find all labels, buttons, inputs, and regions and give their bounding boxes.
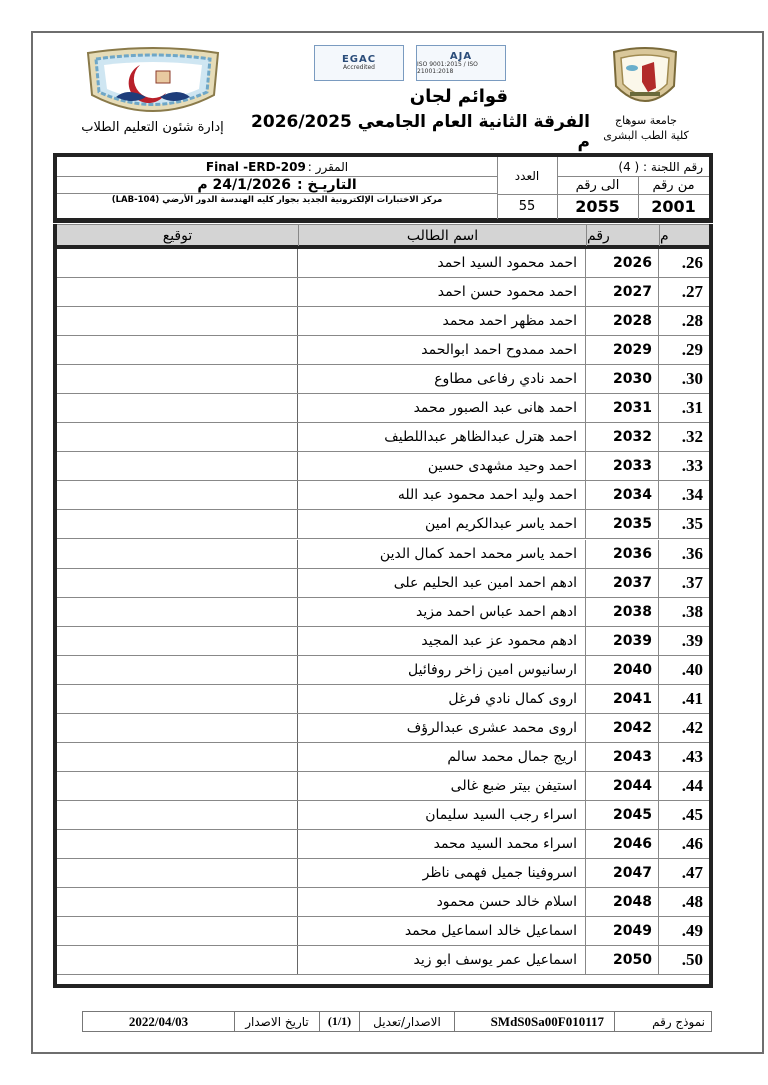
student-name: احمد وليد احمد محمود عبد الله — [298, 481, 586, 509]
student-name: اريج جمال محمد سالم — [298, 743, 586, 771]
university-crest-icon — [608, 46, 682, 114]
shield-emblem-icon — [78, 47, 228, 119]
signature-cell[interactable] — [57, 685, 298, 713]
student-id: 2045 — [586, 801, 659, 829]
student-id: 2048 — [586, 888, 659, 916]
student-name: اسراء رجب السيد سليمان — [298, 801, 586, 829]
row-number: .47 — [659, 859, 709, 887]
student-name: ادهم احمد عباس احمد مزيد — [298, 598, 586, 626]
student-id: 2042 — [586, 714, 659, 742]
student-name: ارسانيوس امين زاخر روفائيل — [298, 656, 586, 684]
student-name: اسماعيل عمر يوسف ابو زيد — [298, 946, 586, 974]
issue-date-label: تاريخ الاصدار — [234, 1012, 319, 1031]
table-row: احمد مظهر احمد محمد2028.28 — [57, 307, 709, 336]
row-number: .30 — [659, 365, 709, 393]
row-number: .28 — [659, 307, 709, 335]
table-row: اسماعيل خالد اسماعيل محمد2049.49 — [57, 917, 709, 946]
student-name: احمد محمود حسن احمد — [298, 278, 586, 306]
table-row: اسراء رجب السيد سليمان2045.45 — [57, 801, 709, 830]
signature-cell[interactable] — [57, 307, 298, 335]
university-label: جامعة سوهاج كلية الطب البشرى — [598, 114, 694, 144]
student-name: اروى كمال نادي فرغل — [298, 685, 586, 713]
row-number: .26 — [659, 249, 709, 277]
signature-cell[interactable] — [57, 540, 298, 568]
table-row: اسراء محمد السيد محمد2046.46 — [57, 830, 709, 859]
student-name: احمد ياسر محمد احمد كمال الدين — [298, 540, 586, 568]
student-id: 2040 — [586, 656, 659, 684]
student-id: 2047 — [586, 859, 659, 887]
page-subtitle: الفرقة الثانية العام الجامعي 2026/2025 م — [250, 112, 590, 152]
signature-cell[interactable] — [57, 365, 298, 393]
table-row: احمد محمود حسن احمد2027.27 — [57, 278, 709, 307]
table-row: اروى كمال نادي فرغل2041.41 — [57, 685, 709, 714]
row-number: .41 — [659, 685, 709, 713]
students-table: توقيع اسم الطالب رقم م احمد محمود السيد … — [53, 224, 713, 988]
signature-cell[interactable] — [57, 888, 298, 916]
to-value: 2055 — [557, 194, 638, 219]
from-label: من رقم — [638, 176, 709, 194]
student-affairs-logo — [70, 45, 235, 120]
student-id: 2033 — [586, 452, 659, 480]
student-id: 2035 — [586, 510, 659, 538]
header-number: م — [659, 225, 709, 246]
row-number: .44 — [659, 772, 709, 800]
signature-cell[interactable] — [57, 423, 298, 451]
row-number: .46 — [659, 830, 709, 858]
table-header: توقيع اسم الطالب رقم م — [57, 224, 709, 249]
row-number: .29 — [659, 336, 709, 364]
to-label: الى رقم — [557, 176, 638, 194]
student-id: 2032 — [586, 423, 659, 451]
egac-accreditation-logo: EGAC Accredited — [314, 45, 404, 81]
revision-label: الاصدار/تعديل — [359, 1012, 454, 1031]
table-row: اسروفينا جميل فهمى ناظر2047.47 — [57, 859, 709, 888]
student-id: 2049 — [586, 917, 659, 945]
student-name: احمد نادي رفاعى مطاوع — [298, 365, 586, 393]
row-number: .49 — [659, 917, 709, 945]
student-name: اسروفينا جميل فهمى ناظر — [298, 859, 586, 887]
location-field: مركز الاختبارات الإلكترونية الجديد بجوار… — [57, 193, 497, 207]
signature-cell[interactable] — [57, 656, 298, 684]
student-id: 2046 — [586, 830, 659, 858]
signature-cell[interactable] — [57, 452, 298, 480]
table-row: استيفن بيتر ضبع غالى2044.44 — [57, 772, 709, 801]
student-name: احمد هانى عبد الصبور محمد — [298, 394, 586, 422]
table-row: اسماعيل عمر يوسف ابو زيد2050.50 — [57, 946, 709, 975]
signature-cell[interactable] — [57, 743, 298, 771]
form-number-label: نموذج رقم — [614, 1012, 711, 1031]
signature-cell[interactable] — [57, 801, 298, 829]
table-row: احمد ممدوح احمد ابوالحمد2029.29 — [57, 336, 709, 365]
table-row: ارسانيوس امين زاخر روفائيل2040.40 — [57, 656, 709, 685]
count-value: 55 — [497, 194, 557, 219]
row-number: .35 — [659, 510, 709, 538]
course-field: المقرر : Final -ERD-209 — [57, 157, 497, 176]
table-row: اسلام خالد حسن محمود2048.48 — [57, 888, 709, 917]
student-id: 2031 — [586, 394, 659, 422]
table-row: احمد وحيد مشهدى حسين2033.33 — [57, 452, 709, 481]
row-number: .34 — [659, 481, 709, 509]
student-id: 2037 — [586, 569, 659, 597]
row-number: .50 — [659, 946, 709, 974]
header-signature: توقيع — [57, 225, 298, 246]
student-id: 2041 — [586, 685, 659, 713]
table-row: ادهم احمد امين عبد الحليم على2037.37 — [57, 569, 709, 598]
signature-cell[interactable] — [57, 627, 298, 655]
table-row: احمد محمود السيد احمد2026.26 — [57, 249, 709, 278]
row-number: .31 — [659, 394, 709, 422]
signature-cell[interactable] — [57, 569, 298, 597]
student-id: 2036 — [586, 540, 659, 568]
row-number: .32 — [659, 423, 709, 451]
table-row: احمد ياسر عبدالكريم امين2035.35 — [57, 510, 709, 539]
student-name: احمد مظهر احمد محمد — [298, 307, 586, 335]
from-value: 2001 — [638, 194, 709, 219]
student-name: اسراء محمد السيد محمد — [298, 830, 586, 858]
student-name: ادهم محمود عز عبد المجيد — [298, 627, 586, 655]
table-row: ادهم احمد عباس احمد مزيد2038.38 — [57, 598, 709, 627]
student-id: 2028 — [586, 307, 659, 335]
row-number: .38 — [659, 598, 709, 626]
signature-cell[interactable] — [57, 394, 298, 422]
row-number: .43 — [659, 743, 709, 771]
form-number-value: SMdS0Sa00F010117 — [454, 1012, 614, 1031]
committee-number: رقم اللجنة : ( 4) — [557, 157, 709, 176]
signature-cell[interactable] — [57, 859, 298, 887]
student-name: استيفن بيتر ضبع غالى — [298, 772, 586, 800]
revision-value: (1/1) — [319, 1012, 359, 1031]
signature-cell[interactable] — [57, 510, 298, 538]
university-logo — [605, 45, 685, 115]
row-number: .39 — [659, 627, 709, 655]
row-number: .40 — [659, 656, 709, 684]
student-name: احمد هترل عبدالظاهر عبداللطيف — [298, 423, 586, 451]
student-name: اروى محمد عشرى عبدالرؤف — [298, 714, 586, 742]
row-number: .33 — [659, 452, 709, 480]
student-name: احمد ياسر عبدالكريم امين — [298, 510, 586, 538]
student-name: احمد وحيد مشهدى حسين — [298, 452, 586, 480]
signature-cell[interactable] — [57, 714, 298, 742]
signature-cell[interactable] — [57, 772, 298, 800]
row-number: .48 — [659, 888, 709, 916]
student-name: احمد ممدوح احمد ابوالحمد — [298, 336, 586, 364]
student-id: 2044 — [586, 772, 659, 800]
certification-logos: EGAC Accredited AJA ISO 9001:2015 / ISO … — [305, 45, 515, 81]
student-id: 2050 — [586, 946, 659, 974]
signature-cell[interactable] — [57, 336, 298, 364]
signature-cell[interactable] — [57, 481, 298, 509]
student-id: 2029 — [586, 336, 659, 364]
row-number: .37 — [659, 569, 709, 597]
table-row: احمد ياسر محمد احمد كمال الدين2036.36 — [57, 540, 709, 569]
signature-cell[interactable] — [57, 917, 298, 945]
student-name: احمد محمود السيد احمد — [298, 249, 586, 277]
page-title: قوائم لجان — [310, 86, 510, 107]
signature-cell[interactable] — [57, 278, 298, 306]
student-id: 2043 — [586, 743, 659, 771]
issue-date-value: 2022/04/03 — [83, 1012, 234, 1031]
student-name: اسماعيل خالد اسماعيل محمد — [298, 917, 586, 945]
student-id: 2026 — [586, 249, 659, 277]
signature-cell[interactable] — [57, 830, 298, 858]
student-id: 2034 — [586, 481, 659, 509]
student-name: اسلام خالد حسن محمود — [298, 888, 586, 916]
department-label: إدارة شئون التعليم الطلاب — [70, 120, 235, 135]
date-field: التاريـخ : 24/1/2026 م — [57, 176, 497, 193]
row-number: .27 — [659, 278, 709, 306]
table-row: احمد وليد احمد محمود عبد الله2034.34 — [57, 481, 709, 510]
signature-cell[interactable] — [57, 946, 298, 974]
header-student-name: اسم الطالب — [298, 225, 586, 246]
table-row: احمد نادي رفاعى مطاوع2030.30 — [57, 365, 709, 394]
signature-cell[interactable] — [57, 598, 298, 626]
table-row: احمد هترل عبدالظاهر عبداللطيف2032.32 — [57, 423, 709, 452]
student-id: 2039 — [586, 627, 659, 655]
student-id: 2027 — [586, 278, 659, 306]
row-number: .45 — [659, 801, 709, 829]
table-row: احمد هانى عبد الصبور محمد2031.31 — [57, 394, 709, 423]
committee-info-table: المقرر : Final -ERD-209 التاريـخ : 24/1/… — [53, 153, 713, 223]
header-id: رقم — [586, 225, 659, 246]
row-number: .36 — [659, 540, 709, 568]
aja-iso-logo: AJA ISO 9001:2015 / ISO 21001:2018 — [416, 45, 506, 81]
student-id: 2038 — [586, 598, 659, 626]
table-row: اروى محمد عشرى عبدالرؤف2042.42 — [57, 714, 709, 743]
count-label: العدد — [497, 157, 557, 194]
student-name: ادهم احمد امين عبد الحليم على — [298, 569, 586, 597]
signature-cell[interactable] — [57, 249, 298, 277]
table-row: اريج جمال محمد سالم2043.43 — [57, 743, 709, 772]
form-footer: نموذج رقم SMdS0Sa00F010117 الاصدار/تعديل… — [82, 1011, 712, 1032]
table-row: ادهم محمود عز عبد المجيد2039.39 — [57, 627, 709, 656]
row-number: .42 — [659, 714, 709, 742]
student-id: 2030 — [586, 365, 659, 393]
